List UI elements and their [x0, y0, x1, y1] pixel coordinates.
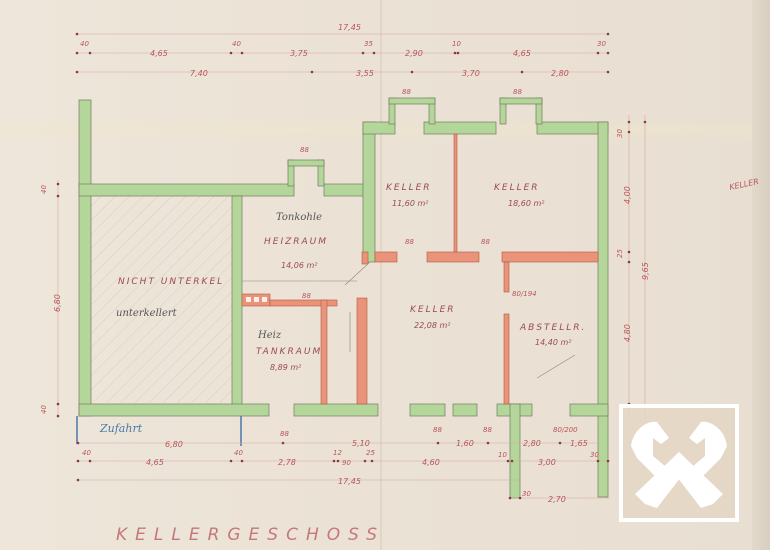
dim-top: 3,55: [356, 69, 374, 78]
dim-top: 3,75: [290, 49, 308, 58]
room-name: NICHT UNTERKEL: [118, 277, 224, 287]
dim-top: 4,65: [150, 49, 168, 58]
svg-text:88: 88: [280, 430, 289, 438]
dim-bottom: 4,60: [422, 458, 440, 467]
dim-left: 40: [40, 185, 48, 194]
pencil-lines: [242, 262, 575, 378]
dim-right-overall: 9,65: [641, 262, 650, 280]
dim-bottom: 90: [342, 459, 351, 467]
dim-left: 40: [40, 405, 48, 414]
svg-text:88: 88: [300, 146, 309, 154]
room-area: 14,06 m²: [281, 261, 318, 270]
dim-top: 2,90: [405, 49, 423, 58]
chimney-flues: [246, 297, 267, 302]
dim-bottom: 40: [234, 449, 243, 457]
logo-icon: [623, 408, 735, 518]
dim-bottom: 25: [366, 449, 375, 457]
dim-overall-top: 17,45: [338, 23, 361, 32]
room-name: KELLER: [386, 183, 432, 193]
dim-bottom: 2,70: [548, 495, 566, 504]
svg-text:88: 88: [513, 88, 522, 96]
room-note: unterkellert: [116, 308, 178, 319]
dim-bottom: 2,78: [278, 458, 296, 467]
room-area: 22,08 m²: [414, 321, 451, 330]
room-name: KELLER: [494, 183, 540, 193]
dim-top: 10: [452, 40, 461, 48]
unexcavated-hatch: [91, 196, 232, 403]
dim-bottom: 1,60: [456, 439, 474, 448]
entrance-label: Zufahrt: [99, 422, 143, 435]
dim-top: 2,80: [551, 69, 569, 78]
dim-bottom: 4,65: [146, 458, 164, 467]
room-name: TANKRAUM: [256, 347, 322, 357]
dim-bottom: 12: [333, 449, 342, 457]
svg-text:88: 88: [483, 426, 492, 434]
dim-top: 7,40: [190, 69, 208, 78]
dim-bottom: 3,00: [538, 458, 556, 467]
dim-bottom: 10: [498, 451, 507, 459]
dim-right: 4,00: [623, 186, 632, 204]
dim-bottom: 6,80: [165, 440, 183, 449]
dim-bottom: 30: [590, 451, 599, 459]
svg-text:88: 88: [433, 426, 442, 434]
room-name: KELLER: [410, 305, 456, 315]
dim-top: 35: [364, 40, 373, 48]
dim-top: 40: [232, 40, 241, 48]
room-note: Heiz: [257, 330, 282, 341]
plan-title: KELLERGESCHOSS: [116, 525, 385, 545]
svg-text:88: 88: [405, 238, 414, 246]
room-area: 18,60 m²: [508, 199, 545, 208]
room-note: Tonkohle: [276, 212, 322, 223]
room-name: ABSTELLR.: [519, 323, 586, 333]
margin-note: KELLER: [729, 177, 760, 192]
dim-bottom: 5,10: [352, 439, 370, 448]
dim-bottom: 2,80: [523, 439, 541, 448]
room-name: HEIZRAUM: [264, 237, 328, 247]
dim-right: 30: [616, 129, 624, 138]
svg-text:88: 88: [402, 88, 411, 96]
dim-top: 30: [597, 40, 606, 48]
dim-bottom: 1,65: [570, 439, 588, 448]
svg-text:80/200: 80/200: [553, 426, 578, 434]
dim-right: 25: [616, 249, 624, 258]
dim-right: 4,80: [623, 324, 632, 342]
dim-top: 4,65: [513, 49, 531, 58]
svg-text:88: 88: [302, 292, 311, 300]
svg-text:88: 88: [481, 238, 490, 246]
dim-left: 6,80: [53, 294, 62, 312]
svg-text:80/194: 80/194: [512, 290, 537, 298]
dim-top: 3,70: [462, 69, 480, 78]
dim-overall-bottom: 17,45: [338, 477, 361, 486]
crossed-gables-logo: [619, 404, 739, 522]
dim-top: 40: [80, 40, 89, 48]
room-area: 11,60 m²: [392, 199, 429, 208]
room-area: 8,89 m²: [270, 363, 302, 372]
dim-bottom: 30: [522, 490, 531, 498]
dim-bottom: 40: [82, 449, 91, 457]
room-area: 14,40 m²: [535, 338, 572, 347]
